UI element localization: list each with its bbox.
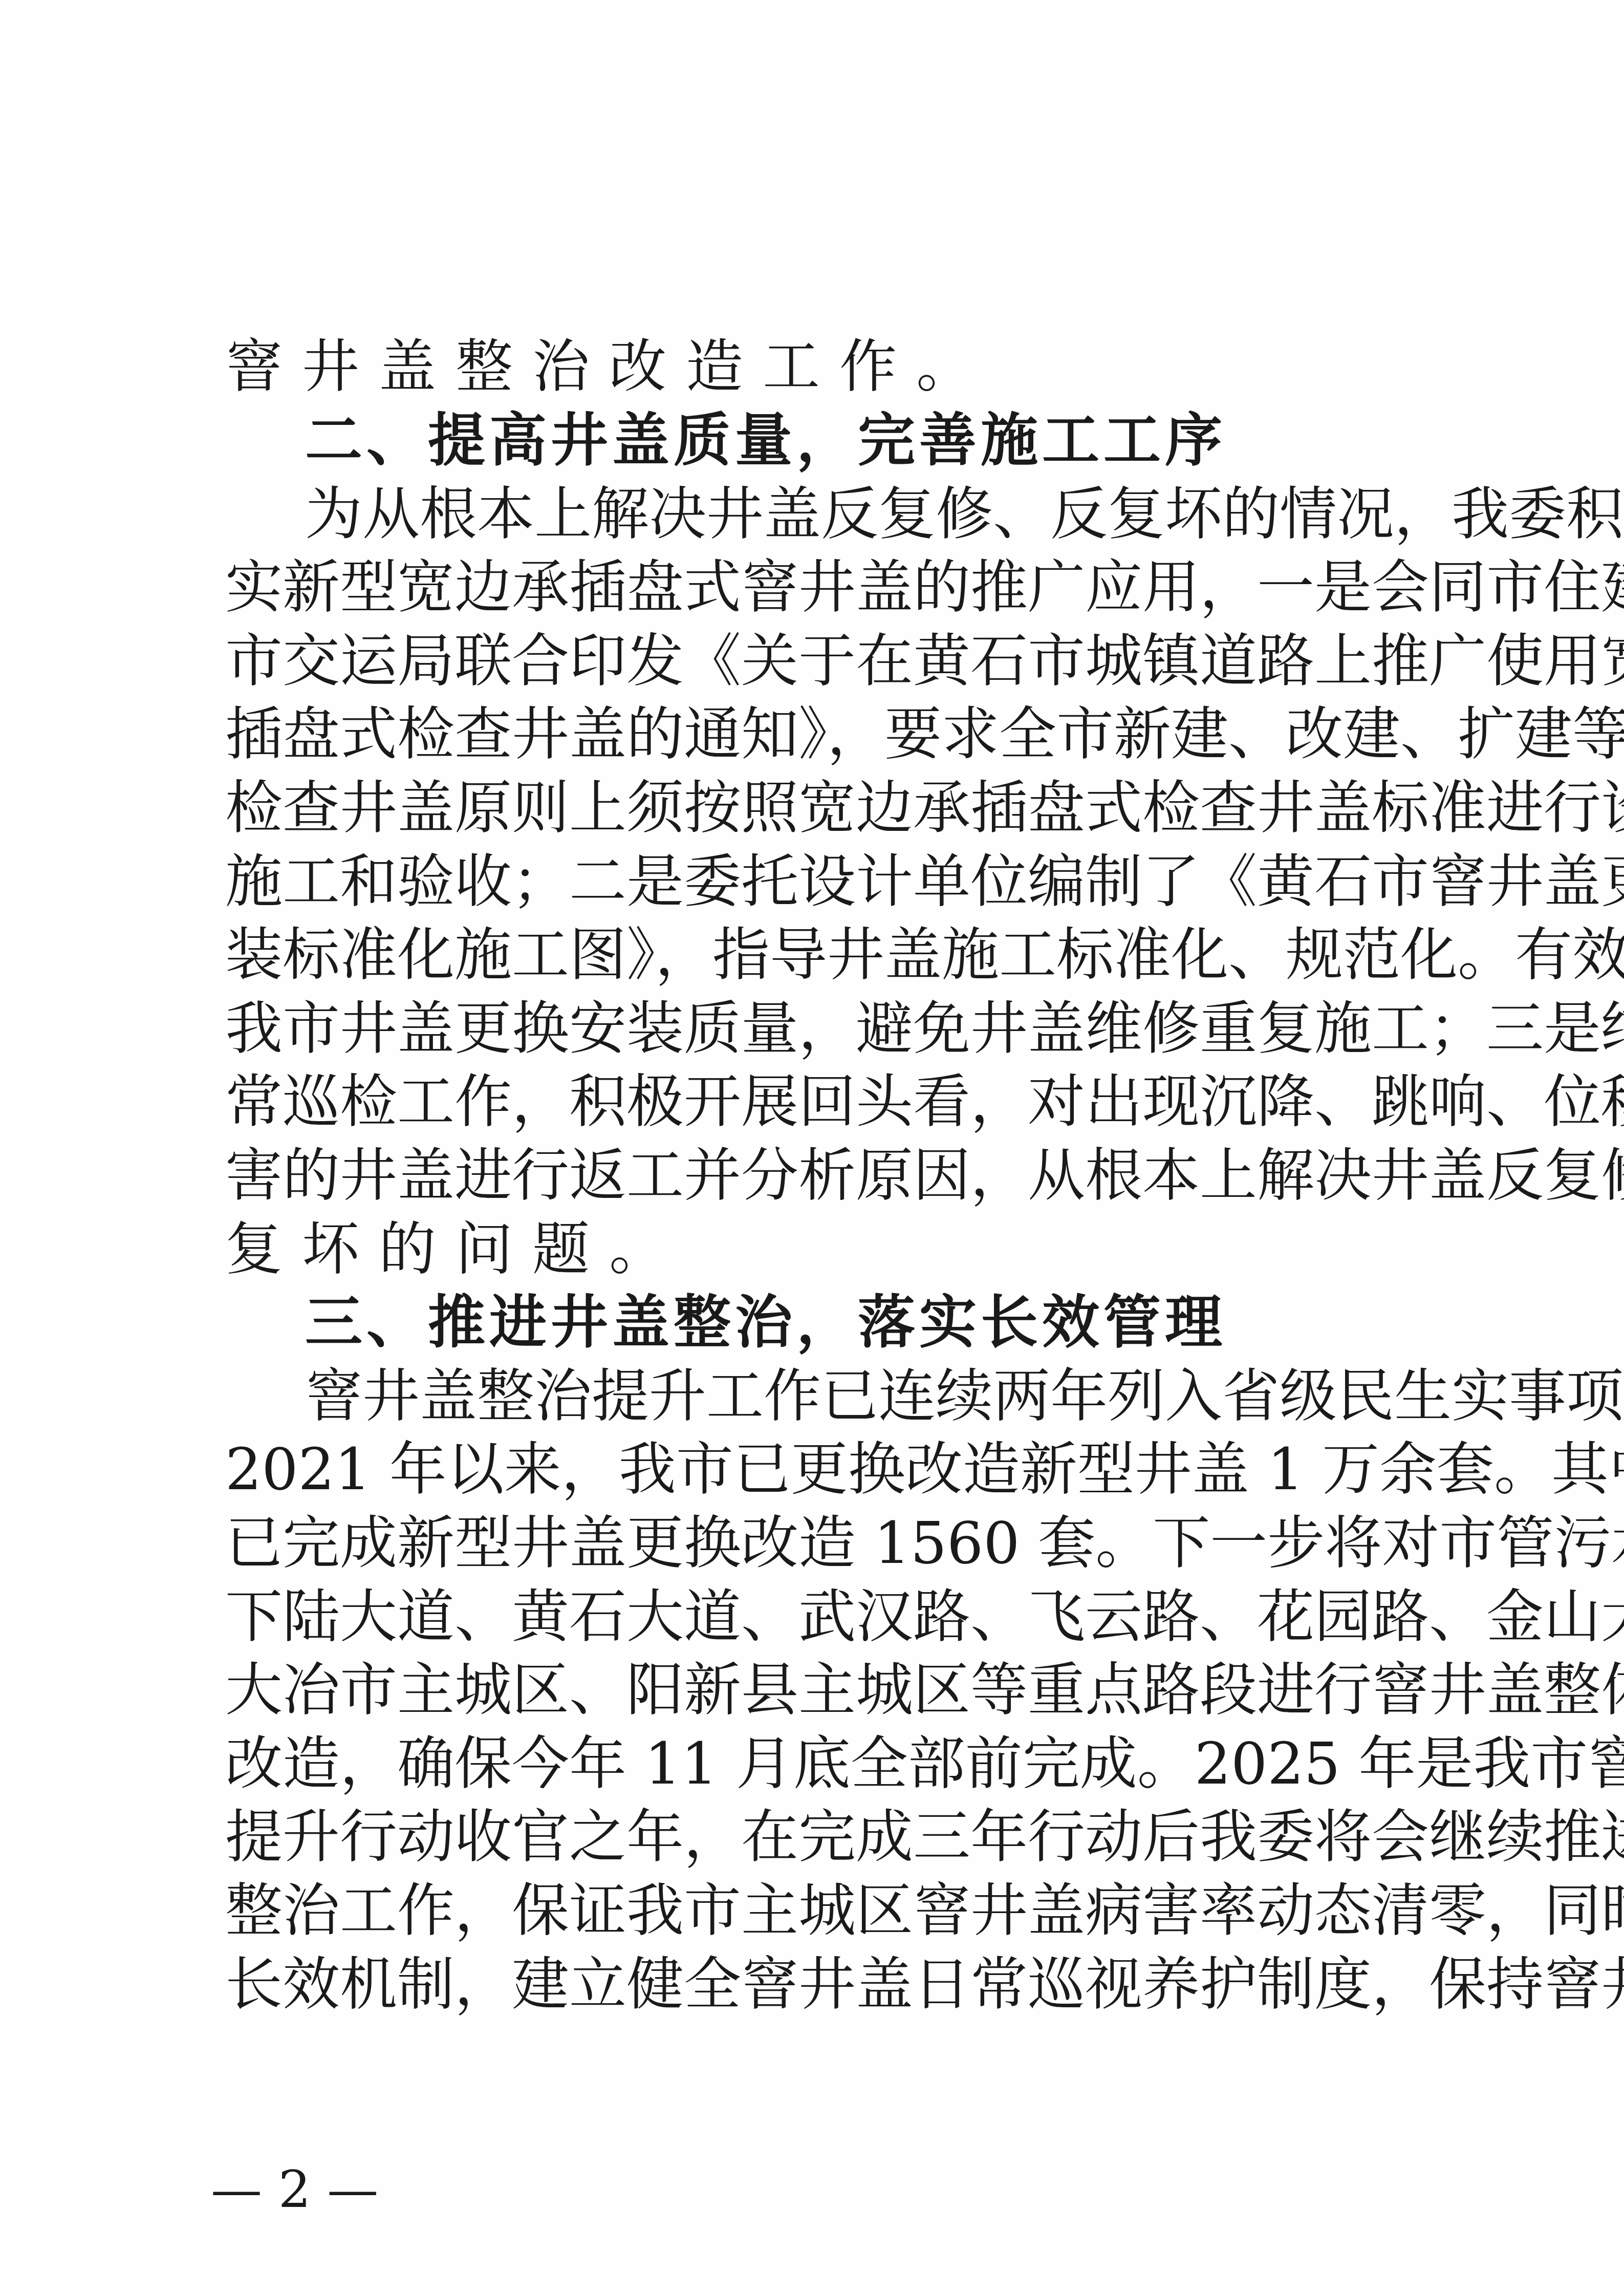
section-heading-3: 三、推进井盖整治，落实长效管理: [305, 1290, 1402, 1356]
body-line: 改造，确保今年 11 月底全部前完成。2025 年是我市窨井盖整治: [225, 1731, 1402, 1797]
body-line: 常巡检工作，积极开展回头看，对出现沉降、跳响、位移等病: [225, 1069, 1402, 1135]
body-line: 窨井盖整治提升工作已连续两年列入省级民生实事项目，: [305, 1363, 1402, 1430]
body-line: 插盘式检查井盖的通知》，要求全市新建、改建、扩建等项目的: [225, 701, 1402, 768]
body-line: 长效机制，建立健全窨井盖日常巡视养护制度，保持窨井盖常: [225, 1951, 1402, 2018]
body-line: 施工和验收；二是委托设计单位编制了《黄石市窨井盖更换安: [225, 849, 1402, 915]
body-line: 整治工作，保证我市主城区窨井盖病害率动态清零，同时落实: [225, 1878, 1402, 1944]
document-page: 窨井盖整治改造工作。 二、提高井盖质量，完善施工工序 为从根本上解决井盖反复修、…: [0, 0, 1624, 2296]
body-line: 大冶市主城区、阳新县主城区等重点路段进行窨井盖整体更换: [225, 1657, 1402, 1724]
body-line: 为从根本上解决井盖反复修、反复坏的情况，我委积极落: [305, 481, 1402, 548]
page-number: — 2 —: [211, 2161, 378, 2218]
body-line: 装标准化施工图》，指导井盖施工标准化、规范化。有效提高了: [225, 922, 1402, 989]
body-line: 市交运局联合印发《关于在黄石市城镇道路上推广使用宽边承: [225, 628, 1402, 695]
body-line: 我市井盖更换安装质量，避免井盖维修重复施工；三是结合日: [225, 996, 1402, 1062]
body-line: 检查井盖原则上须按照宽边承插盘式检查井盖标准进行设计、: [225, 775, 1402, 842]
body-line: 实新型宽边承插盘式窨井盖的推广应用，一是会同市住建局、: [225, 554, 1402, 621]
section-heading-2: 二、提高井盖质量，完善施工工序: [305, 407, 1402, 474]
body-line: 提升行动收官之年，在完成三年行动后我委将会继续推进井盖: [225, 1804, 1402, 1871]
body-line: 复坏的问题。: [225, 1216, 1402, 1283]
body-line: 害的井盖进行返工并分析原因，从根本上解决井盖反复修、反: [225, 1143, 1402, 1209]
body-line: 下陆大道、黄石大道、武汉路、飞云路、花园路、金山大道、: [225, 1584, 1402, 1650]
body-line: 2021 年以来，我市已更换改造新型井盖 1 万余套。其中，今年: [225, 1436, 1402, 1503]
body-line: 窨井盖整治改造工作。: [225, 334, 1402, 400]
body-line: 已完成新型井盖更换改造 1560 套。下一步将对市管污水管网、: [225, 1510, 1402, 1577]
